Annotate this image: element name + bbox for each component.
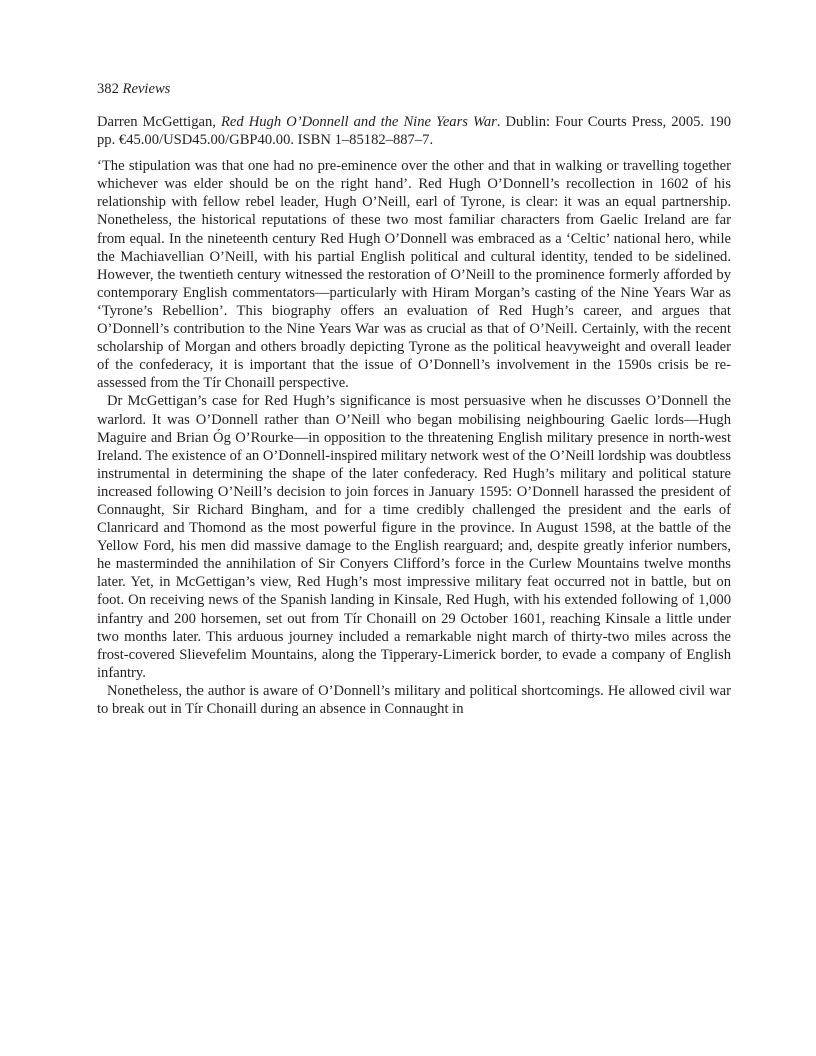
- running-head: 382 Reviews: [97, 80, 731, 98]
- section-title: Reviews: [123, 81, 171, 97]
- paragraph-1: ‘The stipulation was that one had no pre…: [97, 157, 731, 392]
- citation-book-title: Red Hugh O’Donnell and the Nine Years Wa…: [221, 114, 497, 130]
- review-citation: Darren McGettigan, Red Hugh O’Donnell an…: [97, 113, 731, 149]
- paragraph-2: Dr McGettigan’s case for Red Hugh’s sign…: [97, 392, 731, 682]
- paragraph-3: Nonetheless, the author is aware of O’Do…: [97, 682, 731, 718]
- page: 382 Reviews Darren McGettigan, Red Hugh …: [97, 80, 731, 718]
- page-number: 382: [97, 81, 119, 97]
- citation-author: Darren McGettigan,: [97, 114, 221, 130]
